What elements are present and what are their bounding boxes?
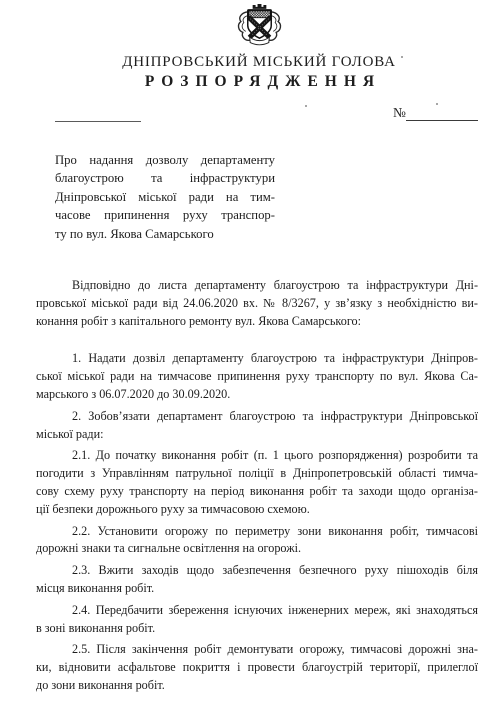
text-line: погодити з Управлінням патрульної поліці… [36, 465, 478, 483]
scan-speck [305, 105, 307, 107]
text-line: дорожні знаки та сигнальне освітлення на… [36, 540, 478, 558]
text-line: ки, відновити асфальтове покриття і пров… [36, 659, 478, 677]
text-line: в зоні виконання робіт. [36, 620, 478, 638]
document-body: Відповідно до листа департаменту благоус… [36, 277, 478, 695]
body-paragraph: 2.3. Вжити заходів щодо забезпечення без… [36, 562, 478, 598]
text-line: провської міської ради від 24.06.2020 вх… [36, 295, 478, 313]
body-paragraph: 2.5. Після закінчення робіт демонтувати … [36, 641, 478, 694]
text-line: сову схему руху транспорту на період вик… [36, 483, 478, 501]
org-name: ДНІПРОВСЬКИЙ МІСЬКИЙ ГОЛОВА [20, 54, 498, 71]
scan-speck [436, 103, 438, 105]
text-line: благоустрою та інфраструктури [55, 169, 275, 187]
text-line: 2.5. Після закінчення робіт демонтувати … [36, 641, 478, 659]
number-blank-line [406, 120, 478, 121]
body-paragraph: 1. Надати дозвіл департаменту благоустро… [36, 350, 478, 403]
date-blank-line [55, 112, 141, 122]
text-line: Відповідно до листа департаменту благоус… [36, 277, 478, 295]
body-paragraph: 2.4. Передбачити збереження існуючих інж… [36, 602, 478, 638]
scan-speck [401, 56, 403, 58]
text-line: 2. Зобов’язати департамент благоустрою т… [36, 408, 478, 426]
text-line: Про надання дозволу департаменту [55, 151, 275, 169]
text-line: марського з 06.07.2020 до 30.09.2020. [36, 386, 478, 404]
body-paragraph: 2.2. Установити огорожу по периметру зон… [36, 523, 478, 559]
body-paragraph: Відповідно до листа департаменту благоус… [36, 277, 478, 330]
body-paragraph: 2. Зобов’язати департамент благоустрою т… [36, 408, 478, 444]
document-type-title: РОЗПОРЯДЖЕННЯ [20, 73, 499, 91]
text-line: 2.4. Передбачити збереження існуючих інж… [36, 602, 478, 620]
text-line: міської ради: [36, 426, 478, 444]
text-line: Дніпровської міської ради на тим- [55, 188, 275, 206]
text-line: ської міської ради на тимчасове припинен… [36, 368, 478, 386]
city-coat-of-arms-icon [236, 3, 283, 48]
document-page: ДНІПРОВСЬКИЙ МІСЬКИЙ ГОЛОВА РОЗПОРЯДЖЕНН… [0, 0, 499, 701]
text-line: ту по вул. Якова Самарського [55, 225, 275, 243]
number-field: № [393, 105, 478, 122]
text-line: 2.1. До початку виконання робіт (п. 1 ць… [36, 447, 478, 465]
subject-block: Про надання дозволу департаментублагоуст… [55, 151, 275, 243]
text-line: часове припинення руху транспор- [55, 206, 275, 224]
text-line: ції безпеки дорожнього руху за тимчасово… [36, 501, 478, 519]
text-line: 2.3. Вжити заходів щодо забезпечення без… [36, 562, 478, 580]
text-line: конання робіт з капітального ремонту вул… [36, 313, 478, 331]
text-line: 2.2. Установити огорожу по периметру зон… [36, 523, 478, 541]
body-paragraph: 2.1. До початку виконання робіт (п. 1 ць… [36, 447, 478, 518]
text-line: до зони виконання робіт. [36, 677, 478, 695]
number-label: № [393, 105, 406, 121]
text-line: місця виконання робіт. [36, 580, 478, 598]
text-line: 1. Надати дозвіл департаменту благоустро… [36, 350, 478, 368]
